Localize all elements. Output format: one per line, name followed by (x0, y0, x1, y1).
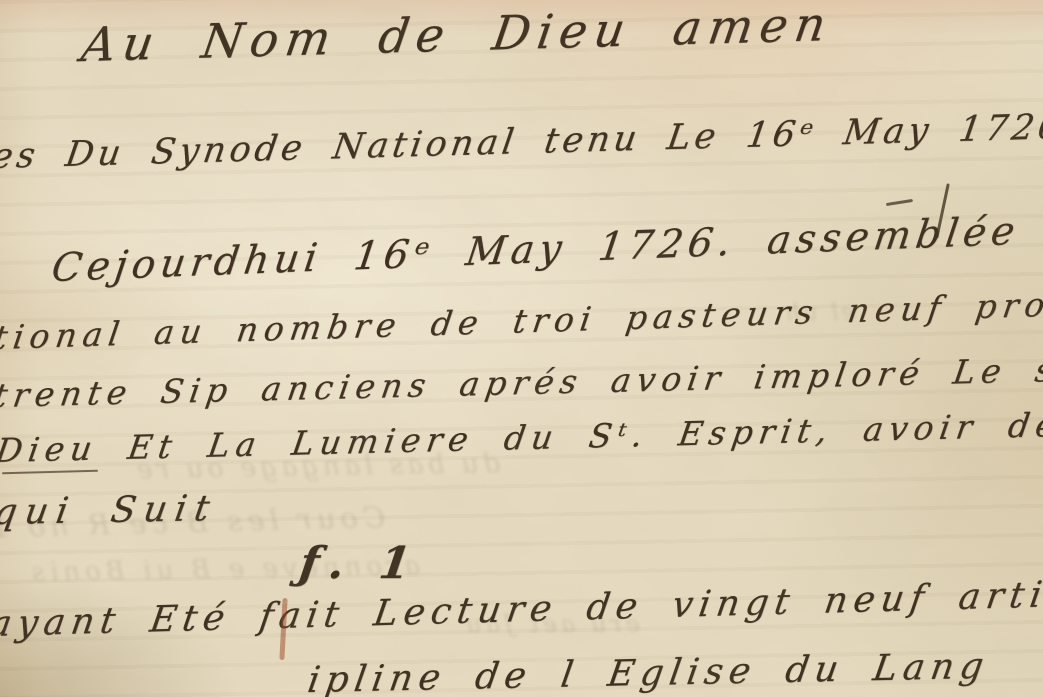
manuscript-line: qui Suit (0, 488, 220, 533)
manuscript-line: Cejourdhui 16ᵉ May 1726. assemblée En Sy… (49, 200, 1043, 291)
manuscript-line: ayant Eté fait Lecture de vingt neuf art… (0, 574, 1043, 645)
manuscript-line: trente Sip anciens aprés avoir imploré L… (0, 349, 1043, 415)
underline-stroke (2, 470, 98, 475)
manuscript-line: es Du Synode National tenu Le 16ᵉ May 17… (0, 107, 1043, 178)
invocation-heading: Au Nom de Dieu amen (78, 0, 836, 73)
manuscript-line: tional au nombre de troi pasteurs neuf p… (0, 282, 1043, 357)
section-mark: ƒ. 1 (296, 538, 423, 589)
manuscript-page: du bas langage ou re Cour les B ce R no … (0, 0, 1043, 697)
manuscript-line: Dieu Et La Lumiere du Sᵗ. Esprit, avoir … (0, 404, 1043, 470)
manuscript-line: ipline de l Eglise du Lang (305, 646, 992, 697)
pen-dash (886, 199, 913, 207)
